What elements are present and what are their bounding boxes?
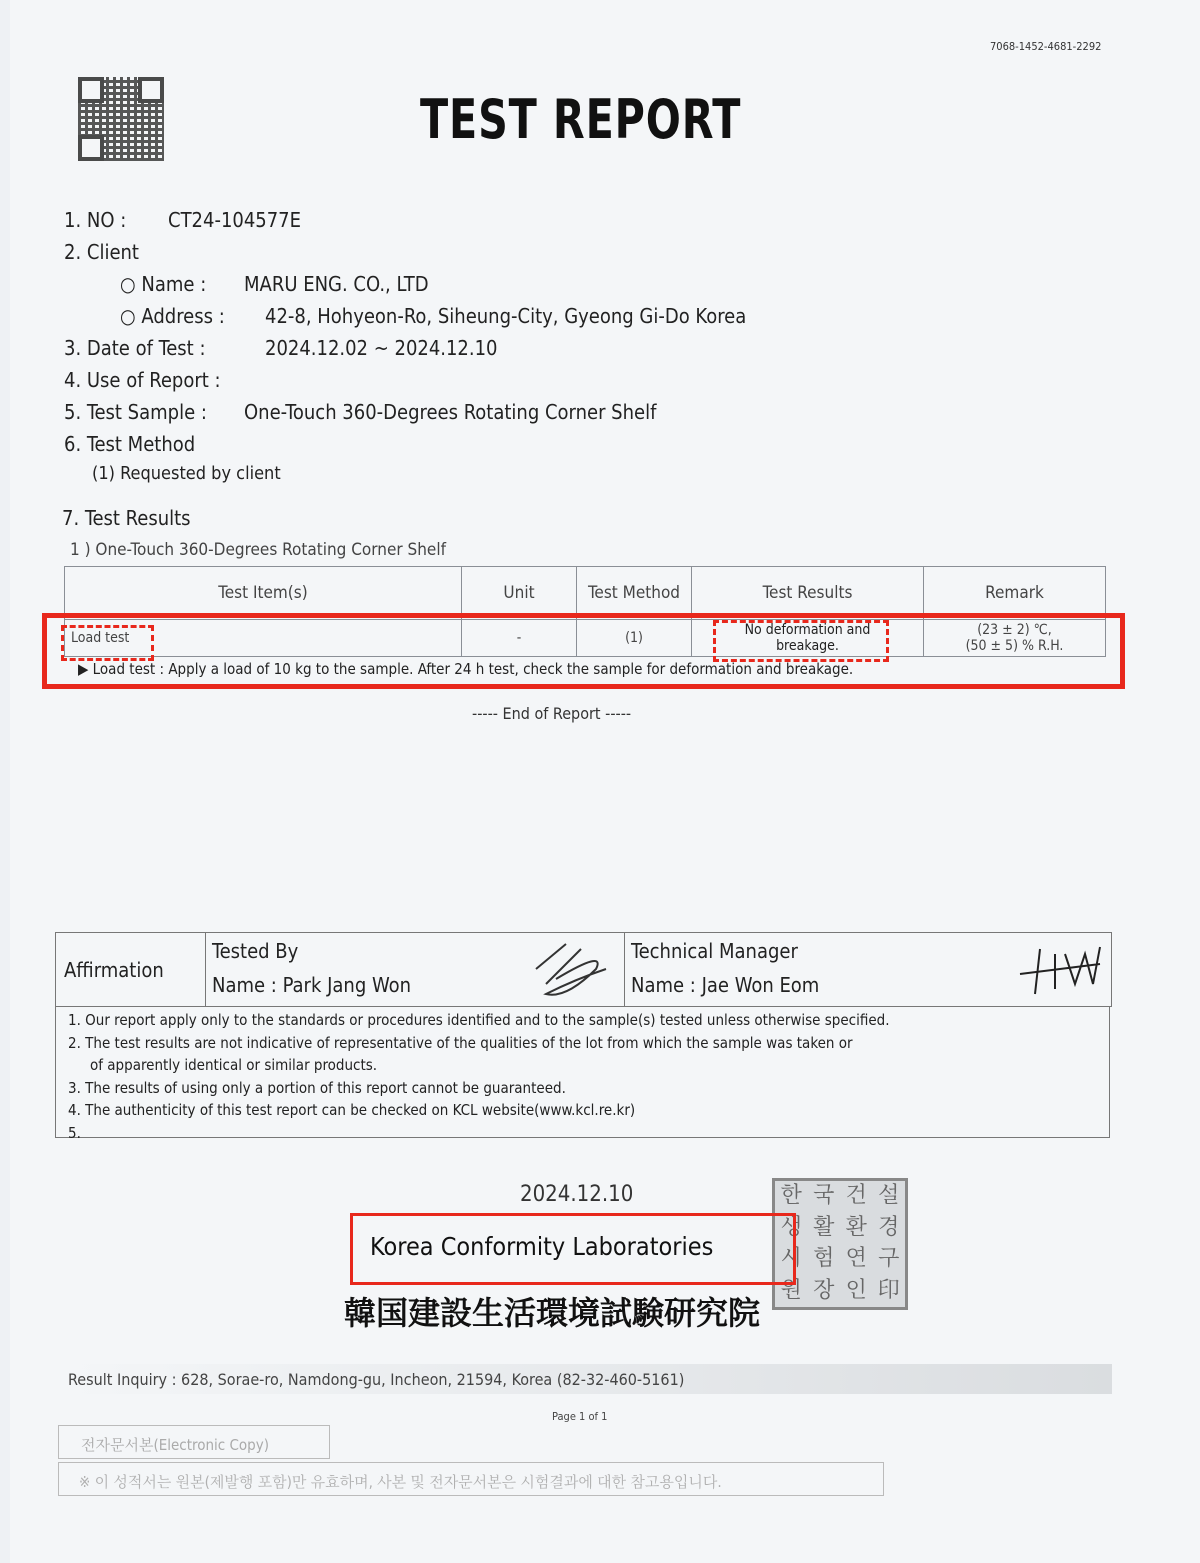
sample-value: One-Touch 360-Degrees Rotating Corner Sh… (244, 400, 656, 424)
note-item: 4. The authenticity of this test report … (68, 1099, 1109, 1122)
page-indicator: Page 1 of 1 (552, 1410, 607, 1423)
lab-name-cjk: 韓国建設生活環境試験研究院 (344, 1288, 760, 1334)
note-item: 1. Our report apply only to the standard… (68, 1009, 1109, 1032)
address-label: ○ Address : (120, 304, 225, 328)
date-label: 3. Date of Test : (64, 336, 206, 360)
note-item: 3. The results of using only a portion o… (68, 1077, 1109, 1100)
name-value: MARU ENG. CO., LTD (244, 272, 429, 296)
document-number: 7068-1452-4681-2292 (990, 40, 1101, 53)
header-test-method: Test Method (577, 567, 692, 620)
signature-icon (1015, 939, 1105, 999)
highlight-box-result (713, 620, 889, 662)
highlight-box-lab (350, 1213, 796, 1285)
client-label: 2. Client (64, 240, 139, 264)
end-of-report: ----- End of Report ----- (472, 704, 631, 723)
affirmation-table: Affirmation Tested By Name : Park Jang W… (55, 932, 1112, 1007)
name-label: ○ Name : (120, 272, 206, 296)
sample-label: 5. Test Sample : (64, 400, 207, 424)
electronic-copy-label: 전자문서본(Electronic Copy) (58, 1425, 330, 1459)
results-subtitle: 1 ) One-Touch 360-Degrees Rotating Corne… (70, 540, 446, 560)
page-title: TEST REPORT (420, 88, 741, 151)
issue-date: 2024.12.10 (520, 1182, 633, 1207)
result-inquiry: Result Inquiry : 628, Sorae-ro, Namdong-… (60, 1364, 1112, 1394)
note-item: 5. (68, 1122, 1109, 1145)
results-label: 7. Test Results (62, 506, 191, 530)
highlight-box-item (61, 625, 154, 661)
note-item: 2. The test results are not indicative o… (68, 1032, 1109, 1055)
address-value: 42-8, Hohyeon-Ro, Siheung-City, Gyeong G… (265, 304, 746, 328)
qr-code-icon (78, 77, 164, 161)
method-value: (1) Requested by client (92, 463, 281, 484)
no-value: CT24-104577E (168, 208, 301, 232)
signature-icon (526, 939, 616, 999)
method-label: 6. Test Method (64, 432, 195, 456)
header-unit: Unit (462, 567, 577, 620)
header-test-item: Test Item(s) (65, 567, 462, 620)
no-label: 1. NO : (64, 208, 126, 232)
notes-section: 1. Our report apply only to the standard… (55, 1006, 1110, 1138)
header-test-results: Test Results (692, 567, 924, 620)
use-label: 4. Use of Report : (64, 368, 221, 392)
copy-warning: ※ 이 성적서는 원본(제발행 포함)만 유효하며, 사본 및 전자문서본은 시… (58, 1462, 884, 1496)
highlight-box-results (42, 613, 1125, 689)
header-remark: Remark (924, 567, 1106, 620)
affirmation-label: Affirmation (56, 933, 206, 1007)
note-item: of apparently identical or similar produ… (68, 1054, 1109, 1077)
date-value: 2024.12.02 ~ 2024.12.10 (265, 336, 497, 360)
